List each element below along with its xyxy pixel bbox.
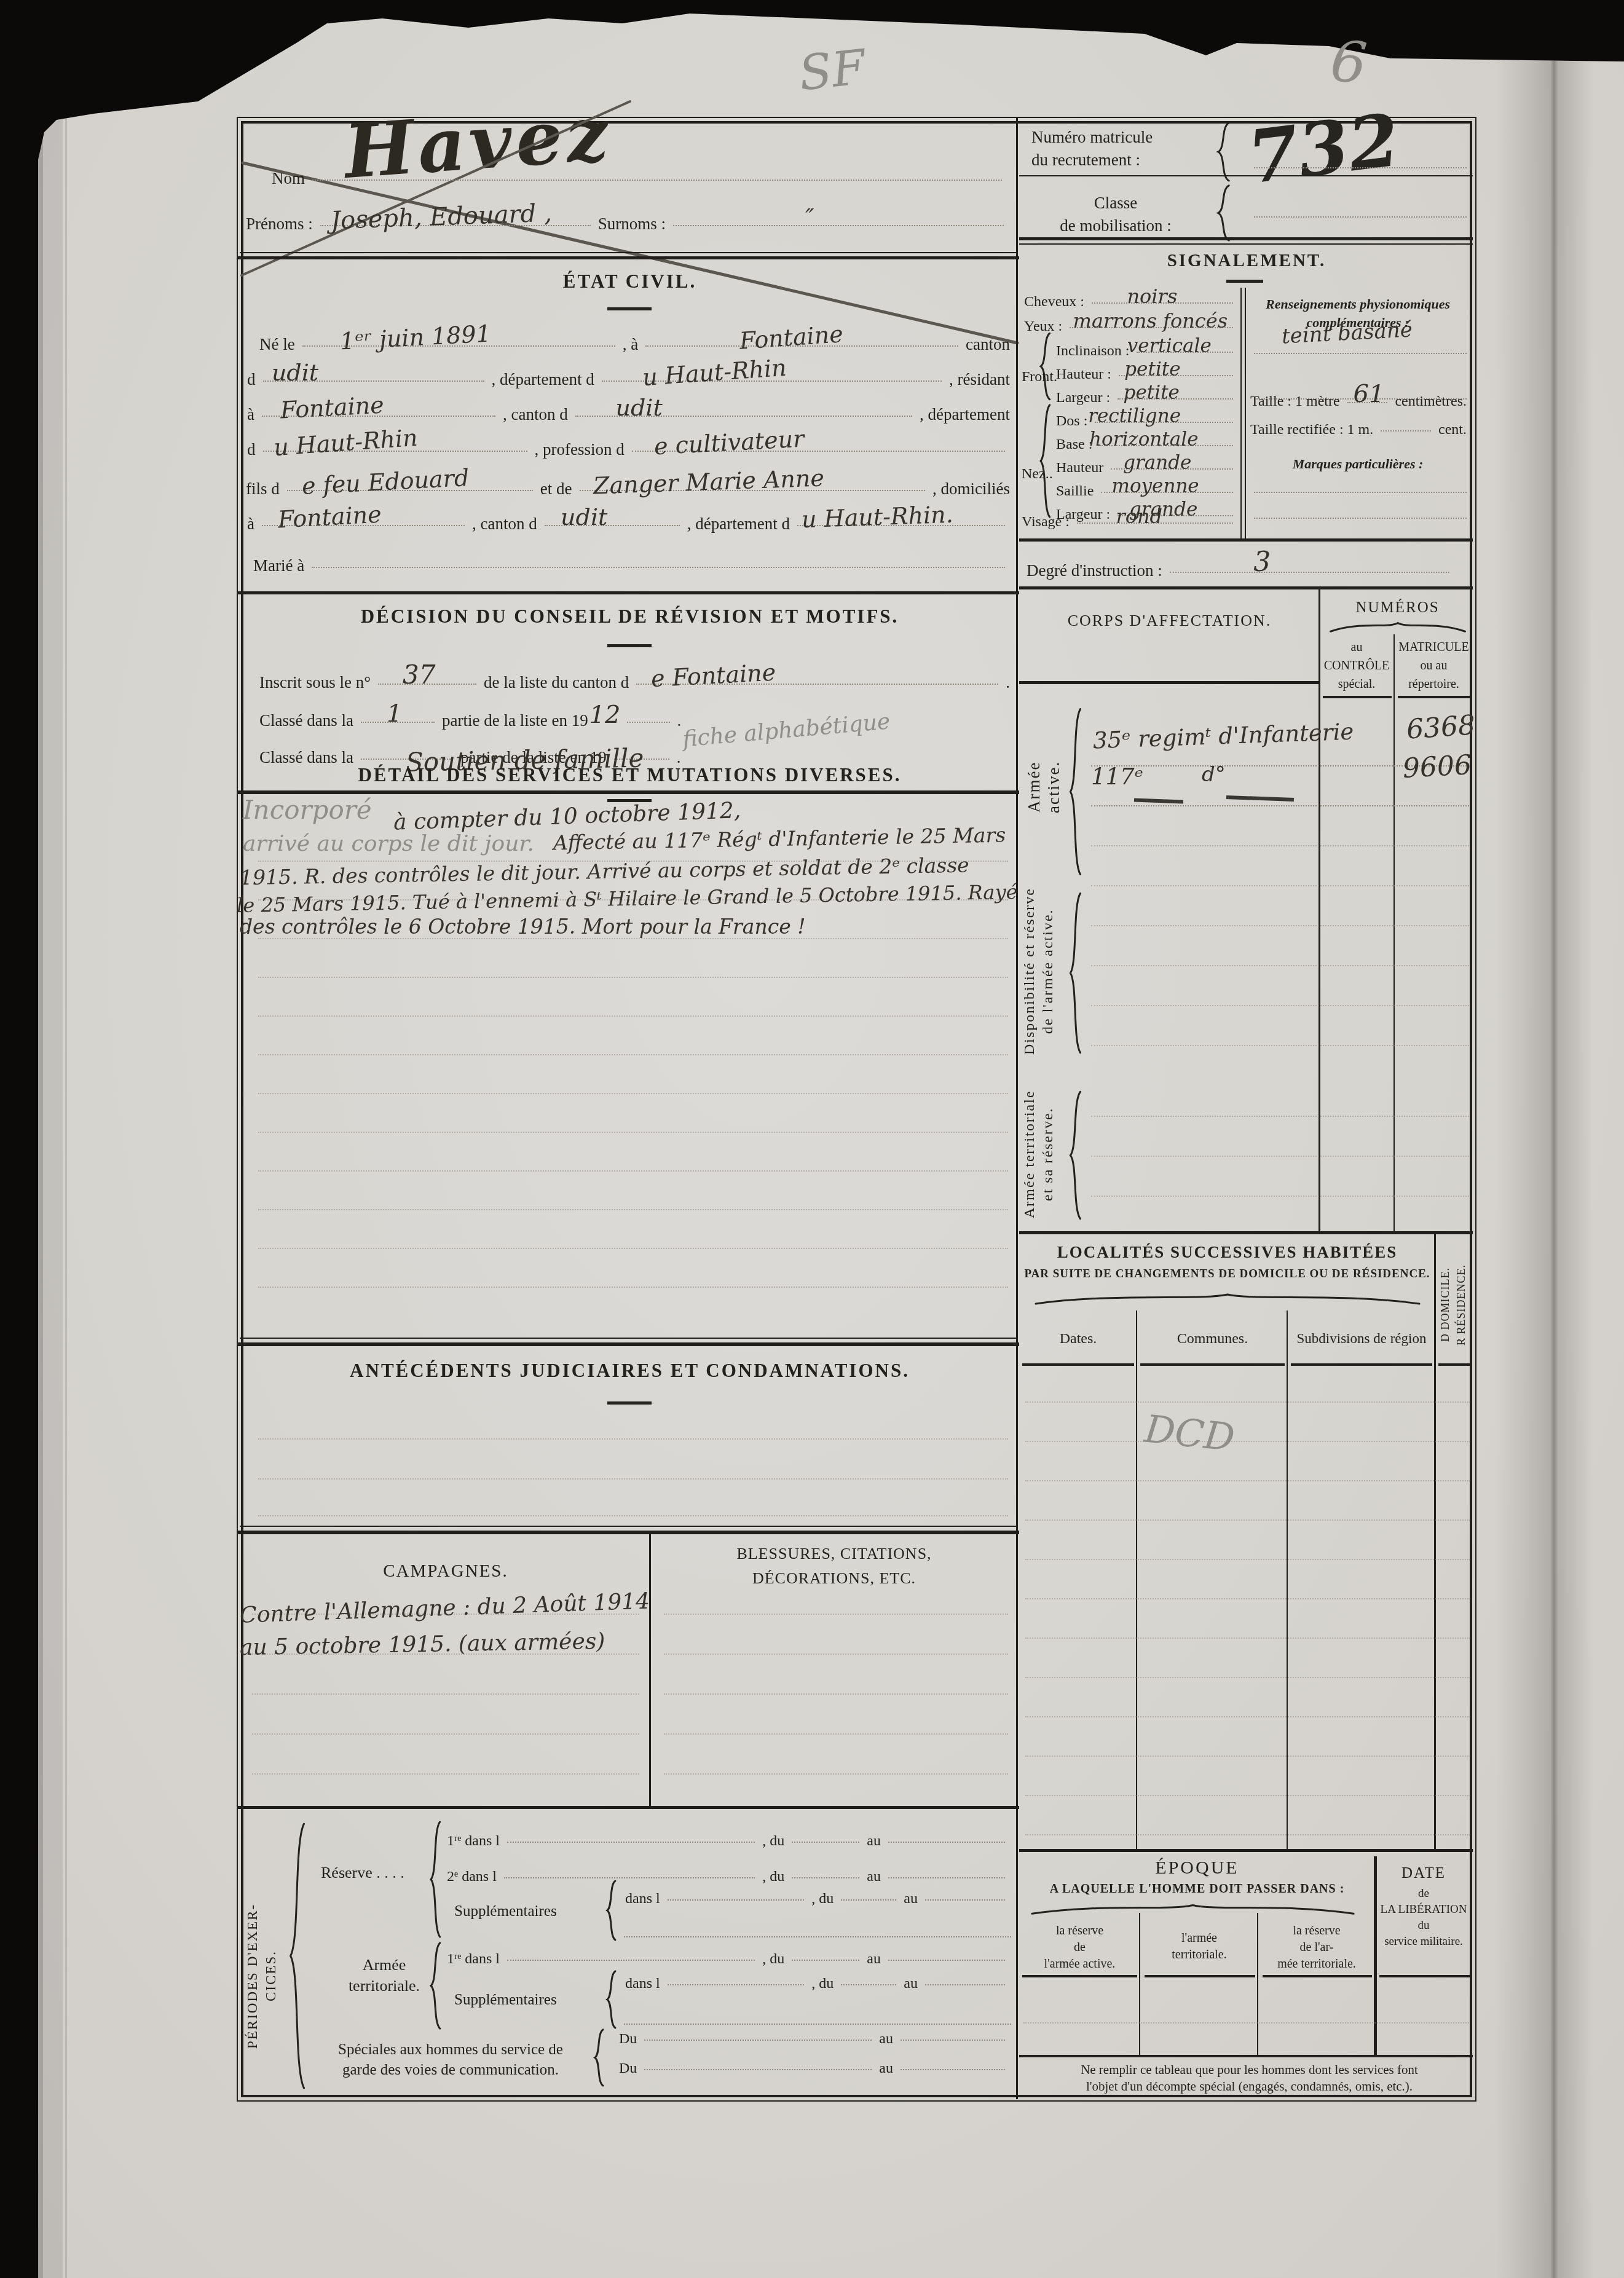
- field-label: et de: [539, 480, 574, 497]
- dotted-line: [664, 1614, 1008, 1615]
- field-label: , à: [621, 336, 639, 353]
- dos-label: Dos :: [1055, 414, 1089, 429]
- brace-icon: [605, 1970, 617, 2029]
- brace-icon: [1328, 620, 1468, 633]
- taille-label: Taille : 1 mètre: [1249, 394, 1341, 409]
- inclinaison-row: Inclinaison : verticale: [1055, 334, 1239, 359]
- rule: [1019, 237, 1473, 240]
- dotted-line: [1025, 1519, 1470, 1521]
- dotted-line: [1091, 925, 1469, 926]
- dotted-line: [252, 1733, 639, 1735]
- inclinaison-label: Inclinaison :: [1055, 344, 1130, 359]
- surnoms-field: ″: [673, 223, 1004, 226]
- field-value: udit: [561, 505, 607, 530]
- dotted-line: [1091, 1045, 1469, 1046]
- field: 1ᵉʳ juin 1891: [302, 343, 615, 347]
- dotted-line: [1025, 1401, 1470, 1403]
- visage-label: Visage :: [1020, 514, 1071, 530]
- dotted-line: [1091, 845, 1469, 846]
- field-label: à: [246, 406, 256, 423]
- marques-label: Marques particulières :: [1248, 456, 1468, 472]
- du-label: , du: [810, 1976, 835, 1992]
- field: 3: [1170, 569, 1449, 573]
- controle-header: au CONTRÔLE spécial.: [1320, 638, 1393, 693]
- dotted-line: [258, 1287, 1008, 1288]
- brace-icon: [1039, 332, 1051, 401]
- decision-row: Classé dans la 1 partie de la liste en 1…: [258, 701, 1011, 729]
- pencil-note-six: 6: [1328, 28, 1370, 97]
- field: [792, 1875, 859, 1878]
- du-label: Du: [618, 2032, 638, 2047]
- field-label: Classé dans la: [258, 749, 355, 766]
- field-label: à: [246, 515, 256, 532]
- field: [507, 1957, 755, 1961]
- brace-icon: [605, 1880, 617, 1941]
- field-value: e Fontaine: [650, 661, 776, 692]
- base-label: Base :: [1055, 437, 1094, 452]
- rule: [1022, 1975, 1137, 1977]
- taille-rect-cent-label: cent.: [1437, 422, 1468, 438]
- nez-hauteur-label: Hauteur: [1055, 460, 1105, 476]
- field: Fontaine: [645, 343, 958, 347]
- au-label: au: [902, 1976, 919, 1992]
- dotted-line: [252, 1773, 639, 1775]
- yeux-value: marrons foncés: [1073, 311, 1228, 332]
- field-value: 37: [403, 661, 435, 688]
- rule: [237, 591, 1019, 594]
- scanned-register-page: SF 6 Havez Nom Prénoms : Joseph, Edouard…: [0, 0, 1624, 2278]
- field: [888, 1839, 1005, 1843]
- field: Zanger Marie Anne: [580, 487, 926, 491]
- reserve-1re-row: 1ʳᵉ dans l , du au: [446, 1824, 1011, 1849]
- disponibilite-label: Disponibilité et réserve de l'armée acti…: [1020, 885, 1057, 1057]
- field: u Haut-Rhin: [263, 448, 527, 452]
- field-label: d: [246, 441, 257, 458]
- dcd-pencil-note: DCD: [1143, 1406, 1237, 1460]
- dotted-line: [1091, 965, 1469, 966]
- services-title: DÉTAIL DES SERVICES ET MUTATIONS DIVERSE…: [242, 764, 1017, 786]
- dotted-line: [1025, 1834, 1470, 1835]
- title-underline: [1226, 280, 1263, 283]
- cheveux-row: Cheveux : noirs: [1023, 285, 1239, 310]
- field: e feu Edouard: [287, 487, 533, 491]
- dotted-line: [258, 1170, 1008, 1172]
- rule: [1019, 2055, 1473, 2057]
- services-entry: des contrôles le 6 Octobre 1915. Mort po…: [240, 915, 805, 939]
- field: verticale: [1137, 349, 1233, 353]
- marie-label: Marié à: [252, 557, 305, 574]
- field: [504, 1875, 755, 1878]
- field: [668, 1897, 805, 1901]
- domicile-residence-label: D DOMICILE. R RÉSIDENCE.: [1437, 1247, 1469, 1363]
- field: 61: [1347, 400, 1388, 403]
- etat-civil-row: à Fontaine , canton d udit , département: [246, 395, 1011, 423]
- dotted-line: [1091, 1116, 1469, 1117]
- epoque-note: Ne remplir ce tableau que pour les homme…: [1030, 2062, 1469, 2095]
- dotted-line: [1023, 2022, 1469, 2024]
- du-label: , du: [761, 1834, 786, 1849]
- field-label: canton: [964, 336, 1011, 353]
- yeux-row: Yeux : marrons foncés: [1023, 310, 1239, 334]
- field-value: 1ᵉʳ juin 1891: [339, 322, 492, 355]
- dotted-line: [1025, 1677, 1470, 1678]
- field: [841, 1982, 896, 1985]
- dotted-line: [258, 977, 1008, 978]
- rule: [1019, 243, 1473, 245]
- taille-row: Taille : 1 mètre 61 centimètres.: [1249, 385, 1468, 409]
- field: e Fontaine: [636, 681, 998, 685]
- dotted-line: [1254, 216, 1467, 218]
- rule: [237, 790, 1019, 794]
- numeros-header: NUMÉROS: [1320, 599, 1475, 617]
- field-value: udit: [272, 361, 318, 385]
- services-pencil-note: arrivé au corps le dit jour.: [243, 831, 534, 856]
- dotted-line: [258, 1015, 1008, 1017]
- hauteur-value: petite: [1124, 360, 1180, 380]
- rule: [1022, 1363, 1134, 1366]
- rule-vertical: [1240, 288, 1242, 538]
- field: [644, 2037, 872, 2041]
- corps-entry-2-num: 9606: [1402, 749, 1473, 784]
- surnoms-value: ″: [805, 205, 814, 230]
- corps-header: CORPS D'AFFECTATION.: [1019, 612, 1320, 630]
- reserve-2e-row: 2ᵉ dans l , du au: [446, 1860, 1011, 1885]
- dotted-line: [1025, 1756, 1470, 1757]
- dotted-line: [1025, 1716, 1470, 1717]
- field: [312, 564, 1005, 568]
- localites-title: LOCALITÉS SUCCESSIVES HABITÉES: [1019, 1243, 1435, 1262]
- dotted-line: [1025, 1638, 1470, 1639]
- rule-vertical: [1016, 117, 1018, 2099]
- dotted-line: [258, 1132, 1008, 1133]
- decision-row: Inscrit sous le n° 37 de la liste du can…: [258, 663, 1011, 691]
- classe-label: Classe de mobilisation :: [1039, 192, 1192, 237]
- prenoms-value: Joseph, Edouard ,: [331, 200, 553, 234]
- speciales-row-2: Du au: [618, 2052, 1011, 2076]
- rule: [1019, 538, 1473, 542]
- field-value: e feu Edouard: [301, 466, 470, 499]
- dotted-line: [664, 1733, 1008, 1735]
- field-label: d: [246, 371, 257, 388]
- dotted-line: [664, 1653, 1008, 1655]
- dotted-line: [1091, 805, 1469, 806]
- dotted-line: [1091, 1005, 1469, 1006]
- dotted-line: [664, 1773, 1008, 1775]
- territoriale-label: Armée territoriale et sa réserve.: [1020, 1082, 1057, 1226]
- epoque-title: ÉPOQUE: [1019, 1858, 1375, 1878]
- field-label: .: [1004, 674, 1011, 691]
- field: Fontaine: [262, 413, 495, 417]
- field-value: udit: [616, 396, 663, 420]
- row-label: dans l: [624, 1976, 661, 1992]
- field-label: fils d: [245, 480, 281, 497]
- field-value: u Haut-Rhin: [273, 426, 419, 460]
- supplementaires-label: Supplémentaires: [453, 1992, 558, 2009]
- dos-value: rectiligne: [1088, 406, 1181, 427]
- field: noirs: [1092, 300, 1233, 304]
- field-label: Né le: [258, 336, 296, 353]
- speciales-label: Spéciales aux hommes du service de garde…: [306, 2040, 595, 2080]
- dotted-line: [258, 1093, 1008, 1094]
- antecedents-title: ANTÉCÉDENTS JUDICIAIRES ET CONDAMNATIONS…: [242, 1360, 1017, 1382]
- dotted-line: [1091, 1196, 1469, 1197]
- dotted-line: [1254, 492, 1467, 493]
- row-label: 1ʳᵉ dans l: [446, 1834, 501, 1849]
- saillie-label: Saillie: [1055, 484, 1095, 499]
- rule: [1379, 1975, 1470, 1977]
- dotted-line: [1025, 1598, 1470, 1599]
- brace-icon: [1025, 1902, 1360, 1915]
- nom-field: [312, 177, 1002, 181]
- supplementaires-label: Supplémentaires: [453, 1903, 558, 1920]
- row-label: 2ᵉ dans l: [446, 1869, 498, 1885]
- matricule-label: Numéro matricule du recrutement :: [1031, 126, 1153, 171]
- dotted-line: [1091, 1156, 1469, 1157]
- saillie-row: Saillie moyenne: [1055, 475, 1239, 499]
- rule: [1263, 1975, 1372, 1977]
- cheveux-value: noirs: [1127, 286, 1177, 307]
- brace-icon: [593, 2028, 604, 2087]
- prenoms-field: Joseph, Edouard ,: [320, 223, 591, 226]
- field-label: , canton d: [471, 515, 538, 532]
- dotted-line: [1254, 353, 1467, 354]
- date-liberation-label: de LA LIBÉRATION du service militaire.: [1375, 1886, 1472, 1950]
- field: marrons foncés: [1070, 325, 1233, 328]
- dotted-line: [1025, 1441, 1470, 1442]
- date-liberation-title: DATE: [1375, 1865, 1472, 1882]
- epoque-col-1: la réserve de l'armée active.: [1019, 1923, 1140, 1973]
- nez-hauteur-value: grande: [1123, 453, 1191, 473]
- largeur-label: Largeur :: [1055, 390, 1111, 406]
- etat-civil-row: d udit , département d u Haut-Rhin , rés…: [246, 360, 1011, 388]
- field: [901, 2067, 1005, 2070]
- field: rectiligne: [1095, 419, 1233, 423]
- dotted-line: [258, 1248, 1008, 1249]
- dotted-line: [258, 1478, 1008, 1480]
- territoriale-supp-row: dans l , du au: [624, 1967, 1011, 1992]
- field: [888, 1957, 1005, 1961]
- field: Fontaine: [262, 522, 465, 526]
- nom-label: Nom: [270, 170, 306, 187]
- field: udit: [263, 378, 484, 382]
- rule: [1438, 1363, 1470, 1366]
- field: [1381, 428, 1431, 432]
- field: horizontale: [1100, 443, 1233, 446]
- field-value: 12: [589, 702, 621, 728]
- front-hauteur-row: Hauteur : petite: [1055, 358, 1239, 382]
- field: [841, 1897, 896, 1901]
- field: u Haut-Rhin.: [797, 522, 1005, 526]
- dotted-line: [624, 1936, 1011, 1937]
- signalement-title: SIGNALEMENT.: [1019, 251, 1474, 271]
- dotted-line: [258, 1209, 1008, 1210]
- dotted-line: [1025, 1559, 1470, 1560]
- rule-vertical: [1434, 1234, 1436, 1849]
- col-subdivisions: Subdivisions de région: [1288, 1331, 1435, 1347]
- dotted-line: [1025, 1795, 1470, 1796]
- front-largeur-row: Largeur : petite: [1055, 381, 1239, 406]
- brace-icon: [1028, 1291, 1427, 1306]
- decision-title: DÉCISION DU CONSEIL DE RÉVISION ET MOTIF…: [242, 605, 1017, 628]
- row-label: dans l: [624, 1891, 661, 1907]
- field-value: Fontaine: [739, 322, 844, 354]
- epoque-col-2: l'armée territoriale.: [1140, 1930, 1258, 1963]
- field-label: de la liste du canton d: [483, 674, 630, 691]
- rule: [1398, 696, 1470, 698]
- field: 37: [378, 681, 476, 685]
- field-label: partie de la liste en 19: [441, 712, 589, 729]
- brace-icon: [429, 1819, 441, 1939]
- degre-row: Degré d'instruction : 3: [1025, 552, 1456, 579]
- rule: [240, 252, 1017, 253]
- etat-civil-row: fils d e feu Edouard et de Zanger Marie …: [245, 469, 1011, 497]
- visage-row: Visage : rond: [1020, 505, 1239, 530]
- corps-entry-2-ditto: d°: [1202, 762, 1226, 787]
- rule-vertical: [1136, 1310, 1137, 1849]
- field-label: , résidant: [948, 371, 1011, 388]
- etat-civil-title: ÉTAT CIVIL.: [242, 270, 1017, 293]
- localites-subtitle: PAR SUITE DE CHANGEMENTS DE DOMICILE OU …: [1019, 1267, 1435, 1281]
- taille-rectifiee-row: Taille rectifiée : 1 m. cent.: [1249, 413, 1468, 438]
- row-label: 1ʳᵉ dans l: [446, 1952, 501, 1967]
- dotted-line: [1254, 518, 1467, 519]
- nom-row: Nom: [270, 159, 1008, 187]
- epoque-col-3: la réserve de l'ar- mée territoriale.: [1258, 1923, 1375, 1973]
- rule: [1323, 696, 1392, 698]
- taille-unit-label: centimètres.: [1393, 394, 1468, 409]
- field-label: , département: [918, 406, 1011, 423]
- dotted-line: [664, 1693, 1008, 1695]
- du-label: , du: [810, 1891, 835, 1907]
- field: udit: [575, 413, 912, 417]
- field: 1: [361, 719, 435, 723]
- du-label: , du: [761, 1952, 786, 1967]
- field-label: , domiciliés: [931, 480, 1011, 497]
- brace-icon: [1216, 184, 1231, 242]
- field: [888, 1875, 1005, 1878]
- title-underline: [607, 644, 652, 647]
- reserve-supp-row: dans l , du au: [624, 1882, 1011, 1907]
- dotted-line: [252, 1693, 639, 1695]
- corps-entry-1-num: 6368: [1405, 709, 1476, 746]
- etat-civil-row: à Fontaine , canton d udit , département…: [246, 504, 1011, 532]
- field: rond: [1077, 520, 1233, 524]
- epoque-subtitle: A LAQUELLE L'HOMME DOIT PASSER DANS :: [1019, 1882, 1375, 1896]
- field: petite: [1117, 396, 1233, 400]
- prenoms-label: Prénoms :: [245, 215, 314, 232]
- field-label: Classé dans la: [258, 712, 355, 729]
- field-label: , profession d: [534, 441, 626, 458]
- rule: [1019, 681, 1319, 684]
- rule: [1145, 1975, 1255, 1977]
- field: [507, 1839, 755, 1843]
- field: [792, 1957, 859, 1961]
- corps-entry-2: 117ᵉ: [1091, 763, 1143, 790]
- territoriale-1re-row: 1ʳᵉ dans l , du au: [446, 1942, 1011, 1967]
- etat-civil-row: Né le 1ᵉʳ juin 1891 , à Fontaine canton: [258, 325, 1011, 353]
- field: grande: [1111, 466, 1233, 470]
- field: u Haut-Rhin: [602, 378, 942, 382]
- brace-icon: [1068, 706, 1082, 878]
- hauteur-label: Hauteur :: [1055, 367, 1113, 382]
- field: [644, 2067, 872, 2070]
- field: petite: [1119, 372, 1233, 376]
- brace-icon: [1068, 890, 1082, 1056]
- campagnes-title: CAMPAGNES.: [242, 1561, 649, 1582]
- rule: [237, 1342, 1019, 1346]
- field-value: e cultivateur: [653, 427, 805, 460]
- col-communes: Communes.: [1137, 1331, 1288, 1347]
- matricule-header: MATRICULE ou au répertoire.: [1395, 638, 1473, 693]
- title-underline: [607, 1401, 652, 1405]
- rule: [240, 1526, 1017, 1527]
- field: [901, 2037, 1005, 2041]
- etat-civil-row: d u Haut-Rhin , profession d e cultivate…: [246, 430, 1011, 458]
- field-value: Fontaine: [280, 393, 385, 424]
- field: moyenne: [1101, 489, 1233, 493]
- base-value: horizontale: [1089, 430, 1199, 450]
- armee-territoriale-label: Armée territoriale.: [335, 1955, 433, 1996]
- field-label: , canton d: [502, 406, 569, 423]
- reserve-label: Réserve . . . .: [320, 1864, 406, 1882]
- field-label: , département d: [491, 371, 596, 388]
- rule-vertical: [1287, 1310, 1288, 1849]
- field-label: Inscrit sous le n°: [258, 674, 372, 691]
- col-dates: Dates.: [1019, 1331, 1137, 1347]
- field: [925, 1982, 1005, 1985]
- rule: [240, 1338, 1017, 1339]
- services-pencil-note: Incorporé: [243, 795, 372, 825]
- field-label: .: [676, 712, 683, 729]
- field: [627, 719, 670, 723]
- nez-base-row: Base : horizontale: [1055, 428, 1239, 452]
- brace-icon: [288, 1818, 306, 2094]
- periodes-side-label: PÉRIODES D'EXER- CICES.: [243, 1875, 280, 2078]
- taille-rect-label: Taille rectifiée : 1 m.: [1249, 422, 1374, 438]
- au-label: au: [878, 2032, 894, 2047]
- du-label: Du: [618, 2061, 638, 2076]
- brace-icon: [1039, 403, 1051, 519]
- rule-vertical: [1393, 634, 1395, 1232]
- dotted-line: [1254, 167, 1467, 168]
- dotted-line: [258, 1515, 1008, 1516]
- inclinaison-value: verticale: [1127, 336, 1212, 357]
- nez-hauteur-row: Hauteur grande: [1055, 451, 1239, 476]
- field-value: Zanger Marie Anne: [593, 467, 824, 499]
- nez-dos-row: Dos : rectiligne: [1055, 404, 1239, 429]
- degre-value: 3: [1253, 548, 1271, 577]
- field-value: u Haut-Rhin.: [801, 503, 953, 532]
- saillie-value: moyenne: [1112, 476, 1199, 497]
- brace-icon: [1216, 122, 1231, 182]
- rule: [237, 1806, 1019, 1809]
- rule: [1019, 175, 1473, 176]
- speciales-row-1: Du au: [618, 2022, 1011, 2047]
- cheveux-label: Cheveux :: [1023, 294, 1086, 310]
- dotted-line: [258, 1438, 1008, 1440]
- title-underline: [607, 307, 652, 310]
- field-value: Fontaine: [277, 503, 382, 533]
- rule: [1019, 586, 1473, 589]
- blessures-title: BLESSURES, CITATIONS, DÉCORATIONS, ETC.: [651, 1542, 1017, 1591]
- rule-vertical: [1245, 288, 1246, 538]
- brace-icon: [1068, 1089, 1082, 1221]
- dotted-line: [258, 1054, 1008, 1055]
- surnoms-label: Surnoms :: [597, 215, 667, 232]
- rule: [1019, 1231, 1473, 1234]
- dotted-line: [1091, 885, 1469, 886]
- armee-active-label: Armée active.: [1024, 710, 1063, 864]
